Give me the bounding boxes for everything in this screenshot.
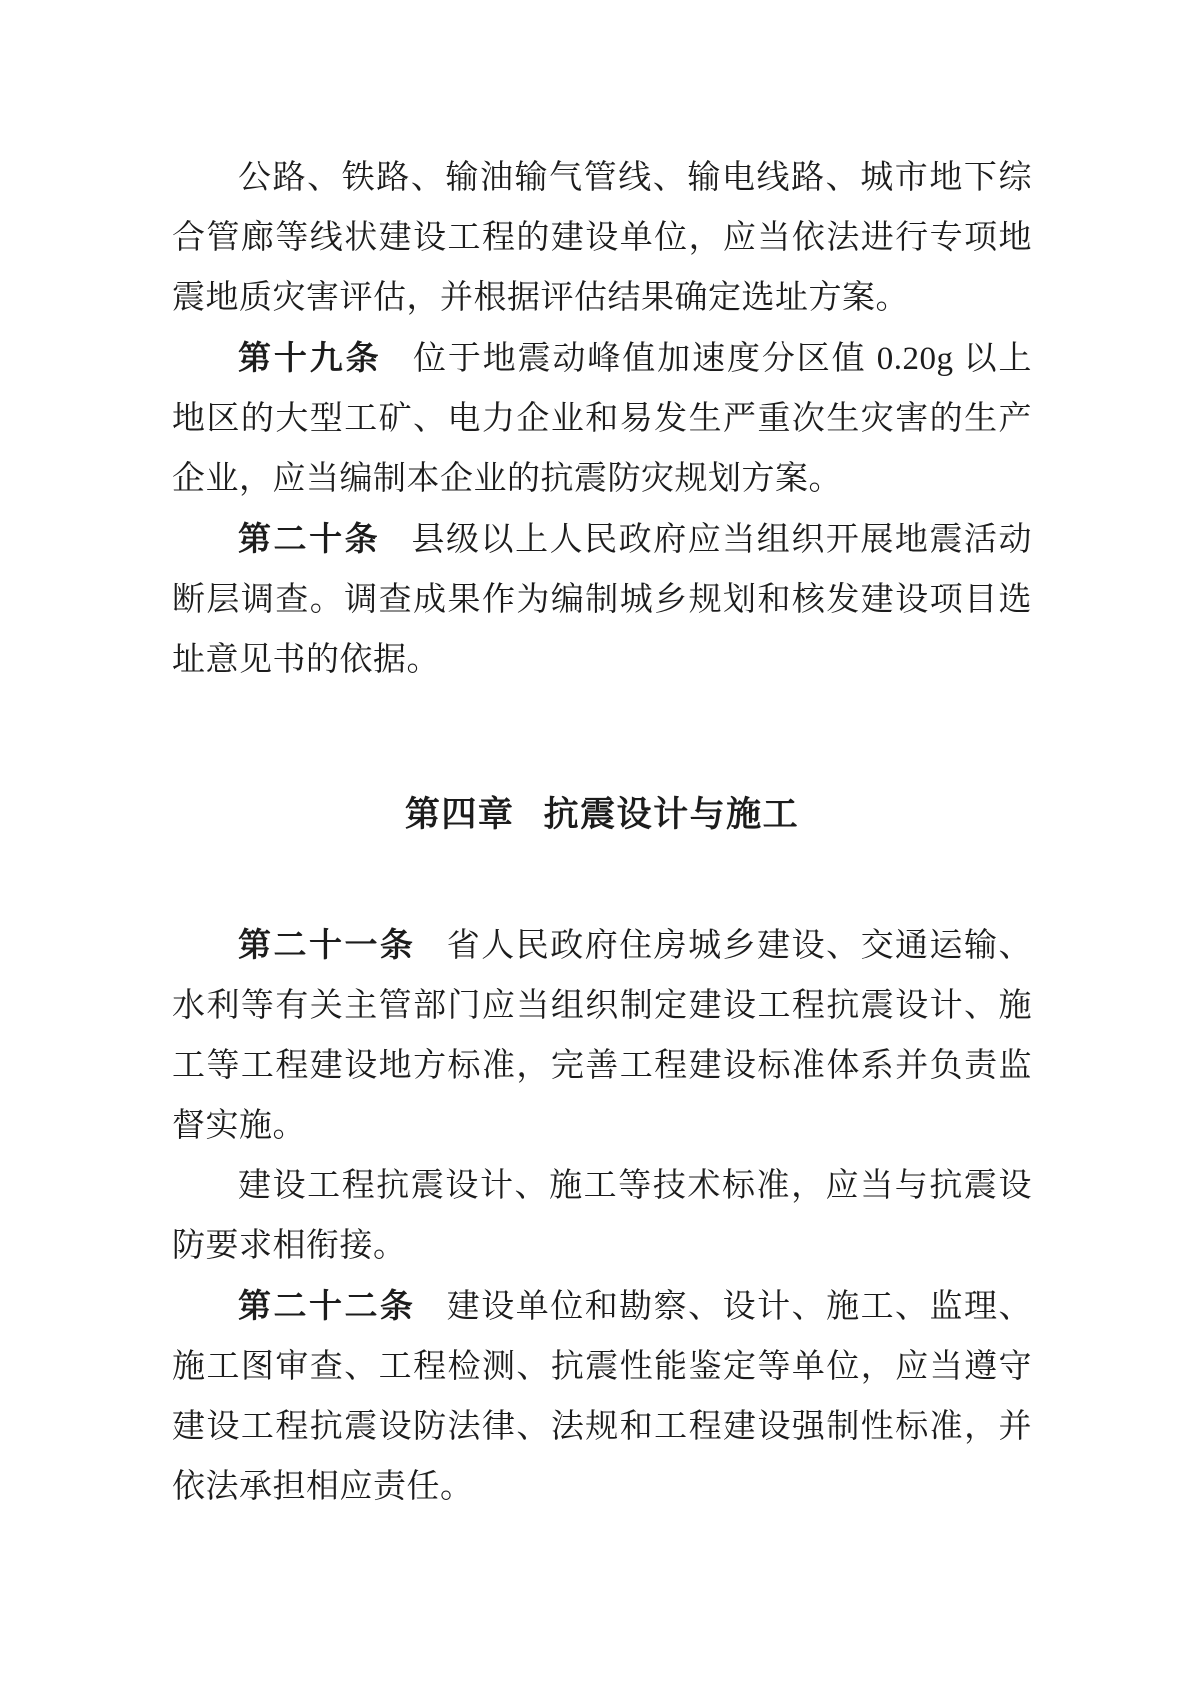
paragraph-article-21: 第二十一条省人民政府住房城乡建设、交通运输、水利等有关主管部门应当组织制定建设工… xyxy=(172,915,1032,1156)
chapter-heading: 第四章 抗震设计与施工 xyxy=(172,785,1032,845)
paragraph-article-19: 第十九条位于地震动峰值加速度分区值 0.20g 以上地区的大型工矿、电力企业和易… xyxy=(172,328,1032,509)
article-label: 第二十一条 xyxy=(238,926,415,963)
document-content: 公路、铁路、输油输气管线、输电线路、城市地下综合管廊等线状建设工程的建设单位，应… xyxy=(0,0,1200,1517)
paragraph-linear-projects: 公路、铁路、输油输气管线、输电线路、城市地下综合管廊等线状建设工程的建设单位，应… xyxy=(172,148,1032,328)
article-label: 第二十条 xyxy=(238,520,380,557)
document-page: 公路、铁路、输油输气管线、输电线路、城市地下综合管廊等线状建设工程的建设单位，应… xyxy=(0,0,1200,1697)
paragraph-text: 建设工程抗震设计、施工等技术标准，应当与抗震设防要求相衔接。 xyxy=(172,1168,1032,1264)
article-label: 第二十二条 xyxy=(238,1287,415,1324)
paragraph-article-22: 第二十二条建设单位和勘察、设计、施工、监理、施工图审查、工程检测、抗震性能鉴定等… xyxy=(172,1276,1032,1517)
paragraph-text: 公路、铁路、输油输气管线、输电线路、城市地下综合管廊等线状建设工程的建设单位，应… xyxy=(172,160,1032,316)
paragraph-article-20: 第二十条县级以上人民政府应当组织开展地震活动断层调查。调查成果作为编制城乡规划和… xyxy=(172,509,1032,690)
paragraph-standards-link: 建设工程抗震设计、施工等技术标准，应当与抗震设防要求相衔接。 xyxy=(172,1156,1032,1276)
article-label: 第十九条 xyxy=(238,339,382,376)
